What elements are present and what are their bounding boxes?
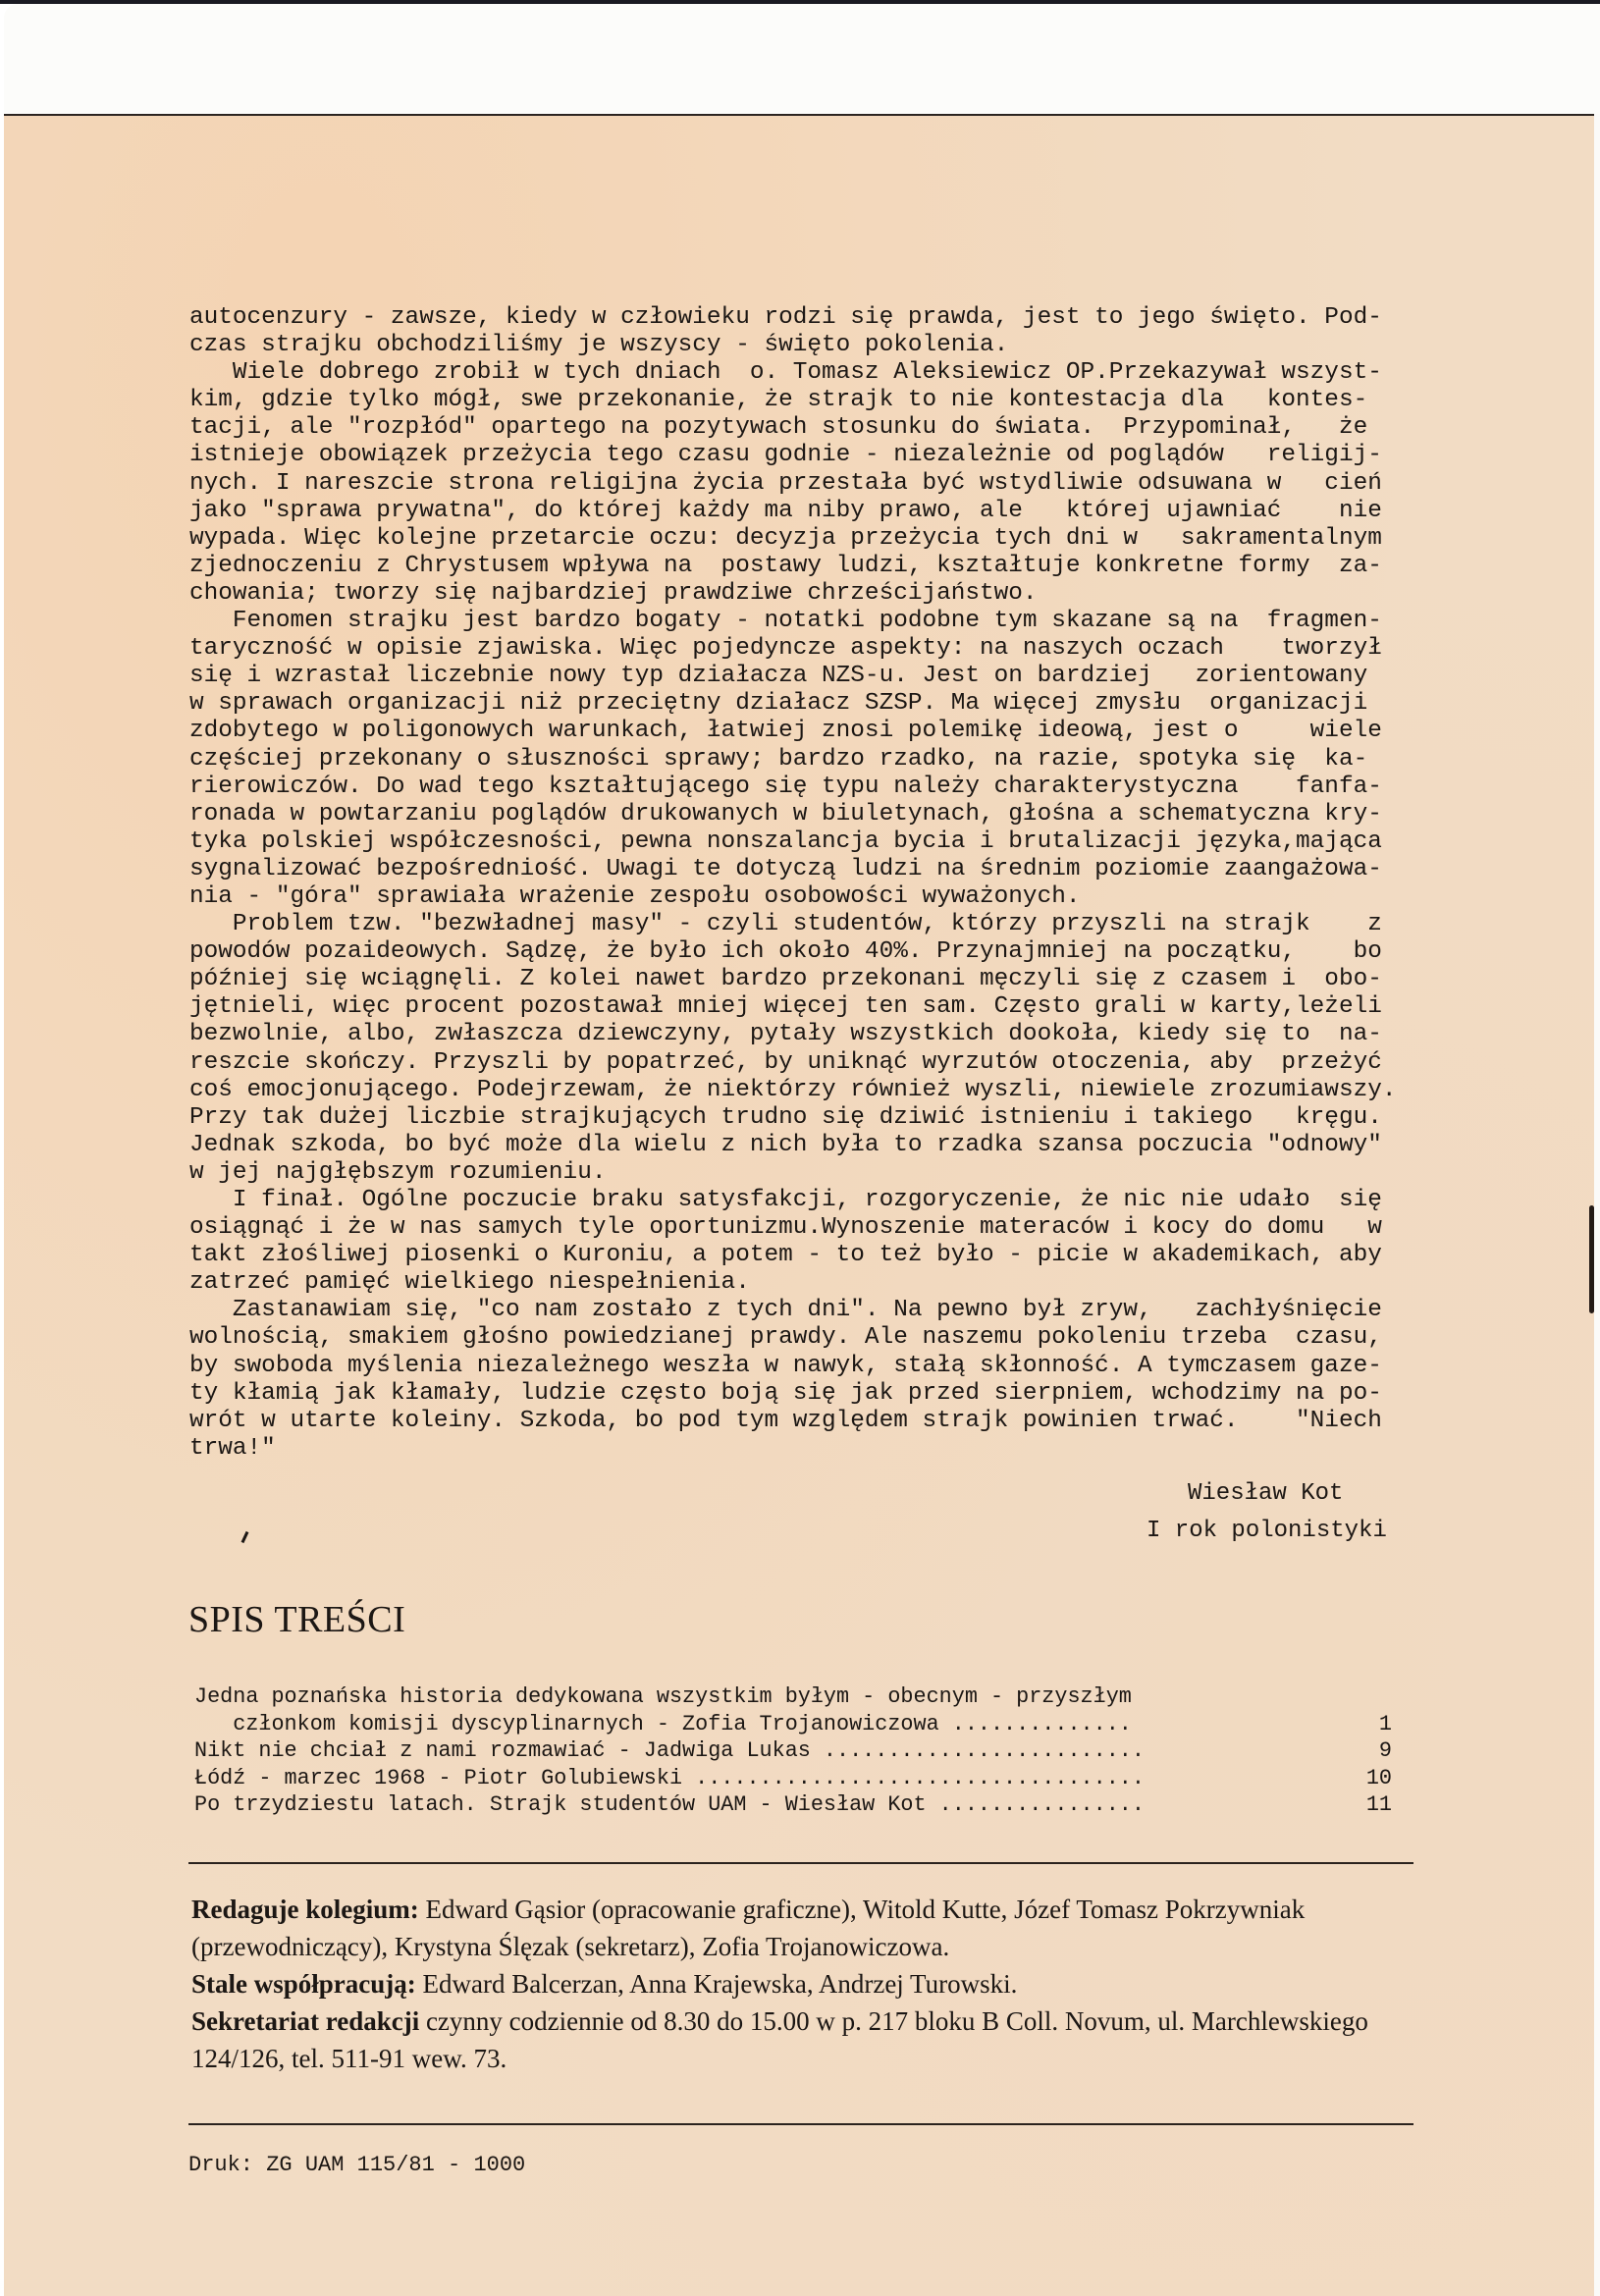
office-label: Sekretariat redakcji — [191, 2006, 419, 2036]
toc-entry-title: członkom komisji dyscyplinarnych - Zofia… — [194, 1712, 1132, 1736]
masthead-office: Sekretariat redakcji czynny codziennie o… — [191, 2002, 1418, 2077]
article-line: Jednak szkoda, bo być może dla wielu z n… — [189, 1132, 1407, 1159]
toc-entry: Nikt nie chciał z nami rozmawiać - Jadwi… — [194, 1737, 1392, 1765]
article-line: bezwolnie, albo, zwłaszcza dziewczyny, p… — [189, 1021, 1407, 1048]
article-line: zdobytego w poligonowych warunkach, łatw… — [189, 718, 1407, 745]
toc-title: SPIS TREŚCI — [188, 1598, 405, 1641]
scan-background — [4, 4, 1600, 114]
article-line: kim, gdzie tylko mógł, swe przekonanie, … — [189, 387, 1407, 414]
staple-mark — [1589, 1205, 1594, 1313]
article-line: wrót w utarte koleiny. Szkoda, bo pod ty… — [189, 1408, 1407, 1435]
toc-entry: Łódź - marzec 1968 - Piotr Golubiewski .… — [194, 1765, 1392, 1792]
divider-bottom — [188, 2123, 1413, 2125]
article-line: później się wciągnęli. Z kolei nawet bar… — [189, 966, 1407, 993]
divider-top — [188, 1862, 1413, 1864]
article-line: chowania; tworzy się najbardziej prawdzi… — [189, 580, 1407, 608]
article-line: rierowiczów. Do wad tego kształtującego … — [189, 774, 1407, 801]
toc-entry-title: Po trzydziestu latach. Strajk studentów … — [194, 1792, 1145, 1817]
article-line: zatrzeć pamięć wielkiego niespełnienia. — [189, 1269, 1407, 1297]
article-line: częściej przekonany o słuszności sprawy;… — [189, 746, 1407, 774]
article-line: w jej najgłębszym rozumieniu. — [189, 1159, 1407, 1187]
print-info: Druk: ZG UAM 115/81 - 1000 — [188, 2153, 525, 2177]
toc-entry-title: Nikt nie chciał z nami rozmawiać - Jadwi… — [194, 1738, 1145, 1763]
masthead-editors: Redaguje kolegium: Edward Gąsior (opraco… — [191, 1891, 1418, 1965]
scan-right-edge — [1594, 114, 1600, 2296]
article-line: osiągnąć i że w nas samych tyle oportuni… — [189, 1214, 1407, 1242]
collaborators-label: Stale współpracują: — [191, 1969, 416, 1999]
article-line: wolnością, smakiem głośno powiedzianej p… — [189, 1324, 1407, 1352]
author-role: I rok polonistyki — [1147, 1518, 1387, 1544]
article-line: Fenomen strajku jest bardzo bogaty - not… — [189, 608, 1407, 635]
article-line: powodów pozaideowych. Sądzę, że było ich… — [189, 938, 1407, 966]
toc-entry: Po trzydziestu latach. Strajk studentów … — [194, 1791, 1392, 1819]
article-line: trwa!" — [189, 1435, 1407, 1463]
article-line: taryczność w opisie zjawiska. Więc pojed… — [189, 635, 1407, 663]
article-line: jętnieli, więc procent pozostawał mniej … — [189, 993, 1407, 1021]
masthead-collaborators: Stale współpracują: Edward Balcerzan, An… — [191, 1965, 1418, 2002]
article-line: tacji, ale "rozpłód" opartego na pozytyw… — [189, 414, 1407, 442]
collaborators-text: Edward Balcerzan, Anna Krajewska, Andrze… — [416, 1969, 1018, 1999]
article-line: takt złośliwej piosenki o Kuroniu, a pot… — [189, 1242, 1407, 1269]
article-line: reszcie skończy. Przyszli by popatrzeć, … — [189, 1049, 1407, 1077]
masthead: Redaguje kolegium: Edward Gąsior (opraco… — [191, 1891, 1418, 2077]
article-line: zjednoczeniu z Chrystusem wpływa na post… — [189, 553, 1407, 580]
toc-entry: członkom komisji dyscyplinarnych - Zofia… — [194, 1711, 1392, 1738]
author-name: Wiesław Kot — [1188, 1480, 1343, 1507]
article-line: Problem tzw. "bezwładnej masy" - czyli s… — [189, 911, 1407, 938]
article-line: I finał. Ogólne poczucie braku satysfakc… — [189, 1187, 1407, 1214]
article-line: ty kłamią jak kłamały, ludzie często boj… — [189, 1380, 1407, 1408]
toc-entry: Jedna poznańska historia dedykowana wszy… — [194, 1683, 1392, 1711]
article-line: nia - "góra" sprawiała wrażenie zespołu … — [189, 883, 1407, 911]
article-line: wypada. Więc kolejne przetarcie oczu: de… — [189, 525, 1407, 553]
article-line: jako "sprawa prywatna", do której każdy … — [189, 498, 1407, 525]
article-line: Przy tak dużej liczbie strajkujących tru… — [189, 1104, 1407, 1132]
article-line: autocenzury - zawsze, kiedy w człowieku … — [189, 304, 1407, 332]
article-body: autocenzury - zawsze, kiedy w człowieku … — [189, 304, 1407, 1463]
editors-label: Redaguje kolegium: — [191, 1895, 419, 1924]
article-line: w sprawach organizacji niż przeciętny dz… — [189, 690, 1407, 718]
article-line: sygnalizować bezpośredniość. Uwagi te do… — [189, 856, 1407, 883]
article-line: istnieje obowiązek przeżycia tego czasu … — [189, 442, 1407, 469]
article-line: Wiele dobrego zrobił w tych dniach o. To… — [189, 359, 1407, 387]
article-line: się i wzrastał liczebnie nowy typ działa… — [189, 663, 1407, 690]
article-line: tyka polskiej współczesności, pewna nons… — [189, 828, 1407, 856]
article-line: ronada w powtarzaniu poglądów drukowanyc… — [189, 801, 1407, 828]
toc-entry-page: 9 — [1379, 1737, 1392, 1765]
article-line: coś emocjonującego. Podejrzewam, że niek… — [189, 1077, 1407, 1104]
toc-entry-title: Jedna poznańska historia dedykowana wszy… — [194, 1684, 1132, 1709]
article-line: czas strajku obchodziliśmy je wszyscy - … — [189, 332, 1407, 359]
toc-entry-title: Łódź - marzec 1968 - Piotr Golubiewski .… — [194, 1766, 1145, 1790]
table-of-contents: Jedna poznańska historia dedykowana wszy… — [194, 1683, 1392, 1819]
article-line: by swoboda myślenia niezależnego weszła … — [189, 1353, 1407, 1380]
article-line: nych. I nareszcie strona religijna życia… — [189, 470, 1407, 498]
toc-entry-page: 10 — [1366, 1765, 1392, 1792]
article-line: Zastanawiam się, "co nam zostało z tych … — [189, 1297, 1407, 1324]
toc-entry-page: 11 — [1366, 1791, 1392, 1819]
toc-entry-page: 1 — [1379, 1711, 1392, 1738]
